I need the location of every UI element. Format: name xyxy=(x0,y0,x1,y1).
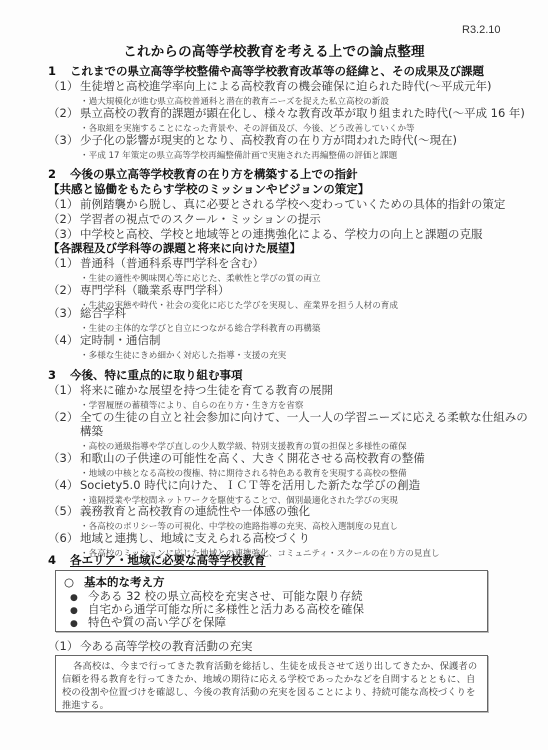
section2-heading-text: 今後の県立高等学校教育の在り方を構築する上での指針 xyxy=(70,167,358,181)
item-text: 今ある高等学校の教育活動の充実 xyxy=(80,639,253,653)
item-number: （2） xyxy=(48,282,80,298)
section3-item-2: （2）全ての生徒の自立と社会参加に向けて、一人一人の学習ニーズに応える柔軟な仕組… xyxy=(48,409,528,425)
item-text: 地域と連携し、地域に支えられる高校づくり xyxy=(80,531,310,545)
basic-policy-box: ○基本的な考え方 ●今ある 32 校の県立高校を充実させ、可能な限り存続 ●自宅… xyxy=(55,570,488,632)
item-text: 将来に確かな展望を持つ生徒を育てる教育の展開 xyxy=(80,383,333,397)
section1-item-3-note: ・平成 17 年策定の県立高等学校再編整備計画で実施された再編整備の評価と課題 xyxy=(80,149,397,161)
item-number: （4） xyxy=(48,332,80,348)
section1-item-2: （2）県立高校の教育的課題が顕在化し、様々な教育改革が取り組まれた時代(～平成 … xyxy=(48,105,525,121)
education-activity-box: 各高校は、今まで行ってきた教育活動を総括し、生徒を成長させて送り出してきたか、保… xyxy=(55,655,488,712)
section2-heading: 2今後の県立高等学校教育の在り方を構築する上での指針 xyxy=(48,166,358,182)
section3-item-1: （1）将来に確かな展望を持つ生徒を育てる教育の展開 xyxy=(48,382,333,398)
section2-group2-item-1: （1）普通科（普通科系専門学科を含む） xyxy=(48,255,264,271)
item-text: 定時制・通信制 xyxy=(80,333,161,347)
item-number: （6） xyxy=(48,530,80,546)
item-number: （4） xyxy=(48,477,80,493)
section1-heading: 1これまでの県立高等学校整備や高等学校教育改革等の経緯と、その成果及び課題 xyxy=(48,63,484,79)
item-text: 中学校と高校、学校と地域等との連携強化による、学校力の向上と課題の克服 xyxy=(80,227,483,241)
section1-item-1: （1）生徒増と高校進学率向上による高校教育の機会確保に迫られた時代(～平成元年) xyxy=(48,78,491,94)
section2-group2-item-3: （3）総合学科 xyxy=(48,305,126,321)
item-text: 県立高校の教育的課題が顕在化し、様々な教育改革が取り組まれた時代(～平成 16 … xyxy=(80,106,525,120)
item-text: 全ての生徒の自立と社会参加に向けて、一人一人の学習ニーズに応える柔軟な仕組みの xyxy=(80,410,528,424)
section1-number: 1 xyxy=(48,64,70,78)
document-page: R3.2.10 これからの高等学校教育を考える上での論点整理 1これまでの県立高… xyxy=(0,0,548,750)
section3-item-3: （3）和歌山の子供達の可能性を高く、大きく開花させる高校教育の整備 xyxy=(48,450,425,466)
section4-number: 4 xyxy=(48,553,70,567)
item-number: （3） xyxy=(48,132,80,148)
item-text: Society5.0 時代に向けた、ＩＣＴ等を活用した新たな学びの創造 xyxy=(80,478,420,492)
item-text: 生徒増と高校進学率向上による高校教育の機会確保に迫られた時代(～平成元年) xyxy=(80,79,491,93)
section3-heading-text: 今後、特に重点的に取り組む事項 xyxy=(70,368,243,382)
section4-heading-text: 各エリア・地域に必要な高等学校教育 xyxy=(70,553,266,567)
item-number: （1） xyxy=(48,382,80,398)
item-text: 普通科（普通科系専門学科を含む） xyxy=(80,256,264,270)
section4-sub1-heading: （1）今ある高等学校の教育活動の充実 xyxy=(48,638,253,654)
item-number: （2） xyxy=(48,105,80,121)
basic-policy-bullet-3: ●特色や質の高い学びを保障 xyxy=(70,614,226,630)
section2-group2-item-4-note: ・多様な生徒にきめ細かく対応した指導・支援の充実 xyxy=(80,349,286,361)
item-number: （2） xyxy=(48,409,80,425)
item-text: 和歌山の子供達の可能性を高く、大きく開花させる高校教育の整備 xyxy=(80,451,425,465)
section2-number: 2 xyxy=(48,167,70,181)
document-title: これからの高等学校教育を考える上での論点整理 xyxy=(0,40,548,60)
section2-group1-item-2: （2）学習者の視点でのスクール・ミッションの提示 xyxy=(48,211,321,227)
item-text: 前例踏襲から脱し、真に必要とされる学校へ変わっていくための具体的指針の策定 xyxy=(80,197,505,211)
section2-group2-item-2-note: ・生徒の実態や時代・社会の変化に応じた学びを実現し、産業界を担う人材の育成 xyxy=(80,299,398,311)
item-number: （1） xyxy=(48,255,80,271)
item-number: （3） xyxy=(48,305,80,321)
item-text: 専門学科（職業系専門学科） xyxy=(80,283,230,297)
section2-group2-heading: 【各課程及び学科等の課題と将来に向けた展望】 xyxy=(48,240,301,256)
section3-item-5: （5）義務教育と高校教育の連続性や一体感の強化 xyxy=(48,503,310,519)
bullet-text: 特色や質の高い学びを保障 xyxy=(88,615,226,629)
section3-item-4: （4）Society5.0 時代に向けた、ＩＣＴ等を活用した新たな学びの創造 xyxy=(48,477,420,493)
education-activity-paragraph: 各高校は、今まで行ってきた教育活動を総括し、生徒を成長させて送り出してきたか、保… xyxy=(62,660,482,712)
circle-marker-icon: ○ xyxy=(64,575,84,589)
basic-policy-title-text: 基本的な考え方 xyxy=(84,575,165,589)
section2-group1-item-1: （1）前例踏襲から脱し、真に必要とされる学校へ変わっていくための具体的指針の策定 xyxy=(48,196,505,212)
section2-group2-item-2: （2）専門学科（職業系専門学科） xyxy=(48,282,230,298)
item-text: 少子化の影響が現実的となり、高校教育の在り方が問われた時代(～現在) xyxy=(80,133,457,147)
item-number: （2） xyxy=(48,211,80,227)
document-date: R3.2.10 xyxy=(462,24,501,36)
section1-heading-text: これまでの県立高等学校整備や高等学校教育改革等の経緯と、その成果及び課題 xyxy=(70,64,484,78)
item-text: 総合学科 xyxy=(80,306,126,320)
item-number: （5） xyxy=(48,503,80,519)
item-text: 学習者の視点でのスクール・ミッションの提示 xyxy=(80,212,321,226)
section3-item-2-continuation: 構築 xyxy=(80,423,103,439)
section3-heading: 3今後、特に重点的に取り組む事項 xyxy=(48,367,243,383)
item-number: （3） xyxy=(48,450,80,466)
section4-heading: 4各エリア・地域に必要な高等学校教育 xyxy=(48,552,266,568)
item-number: （1） xyxy=(48,196,80,212)
item-number: （1） xyxy=(48,638,80,654)
section2-group2-item-4: （4）定時制・通信制 xyxy=(48,332,161,348)
bullet-icon: ● xyxy=(70,619,88,629)
item-number: （1） xyxy=(48,78,80,94)
section3-number: 3 xyxy=(48,368,70,382)
section1-item-3: （3）少子化の影響が現実的となり、高校教育の在り方が問われた時代(～現在) xyxy=(48,132,457,148)
section3-item-6: （6）地域と連携し、地域に支えられる高校づくり xyxy=(48,530,310,546)
section2-group1-heading: 【共感と協働をもたらす学校のミッションやビジョンの策定】 xyxy=(48,181,369,197)
item-text: 義務教育と高校教育の連続性や一体感の強化 xyxy=(80,504,310,518)
